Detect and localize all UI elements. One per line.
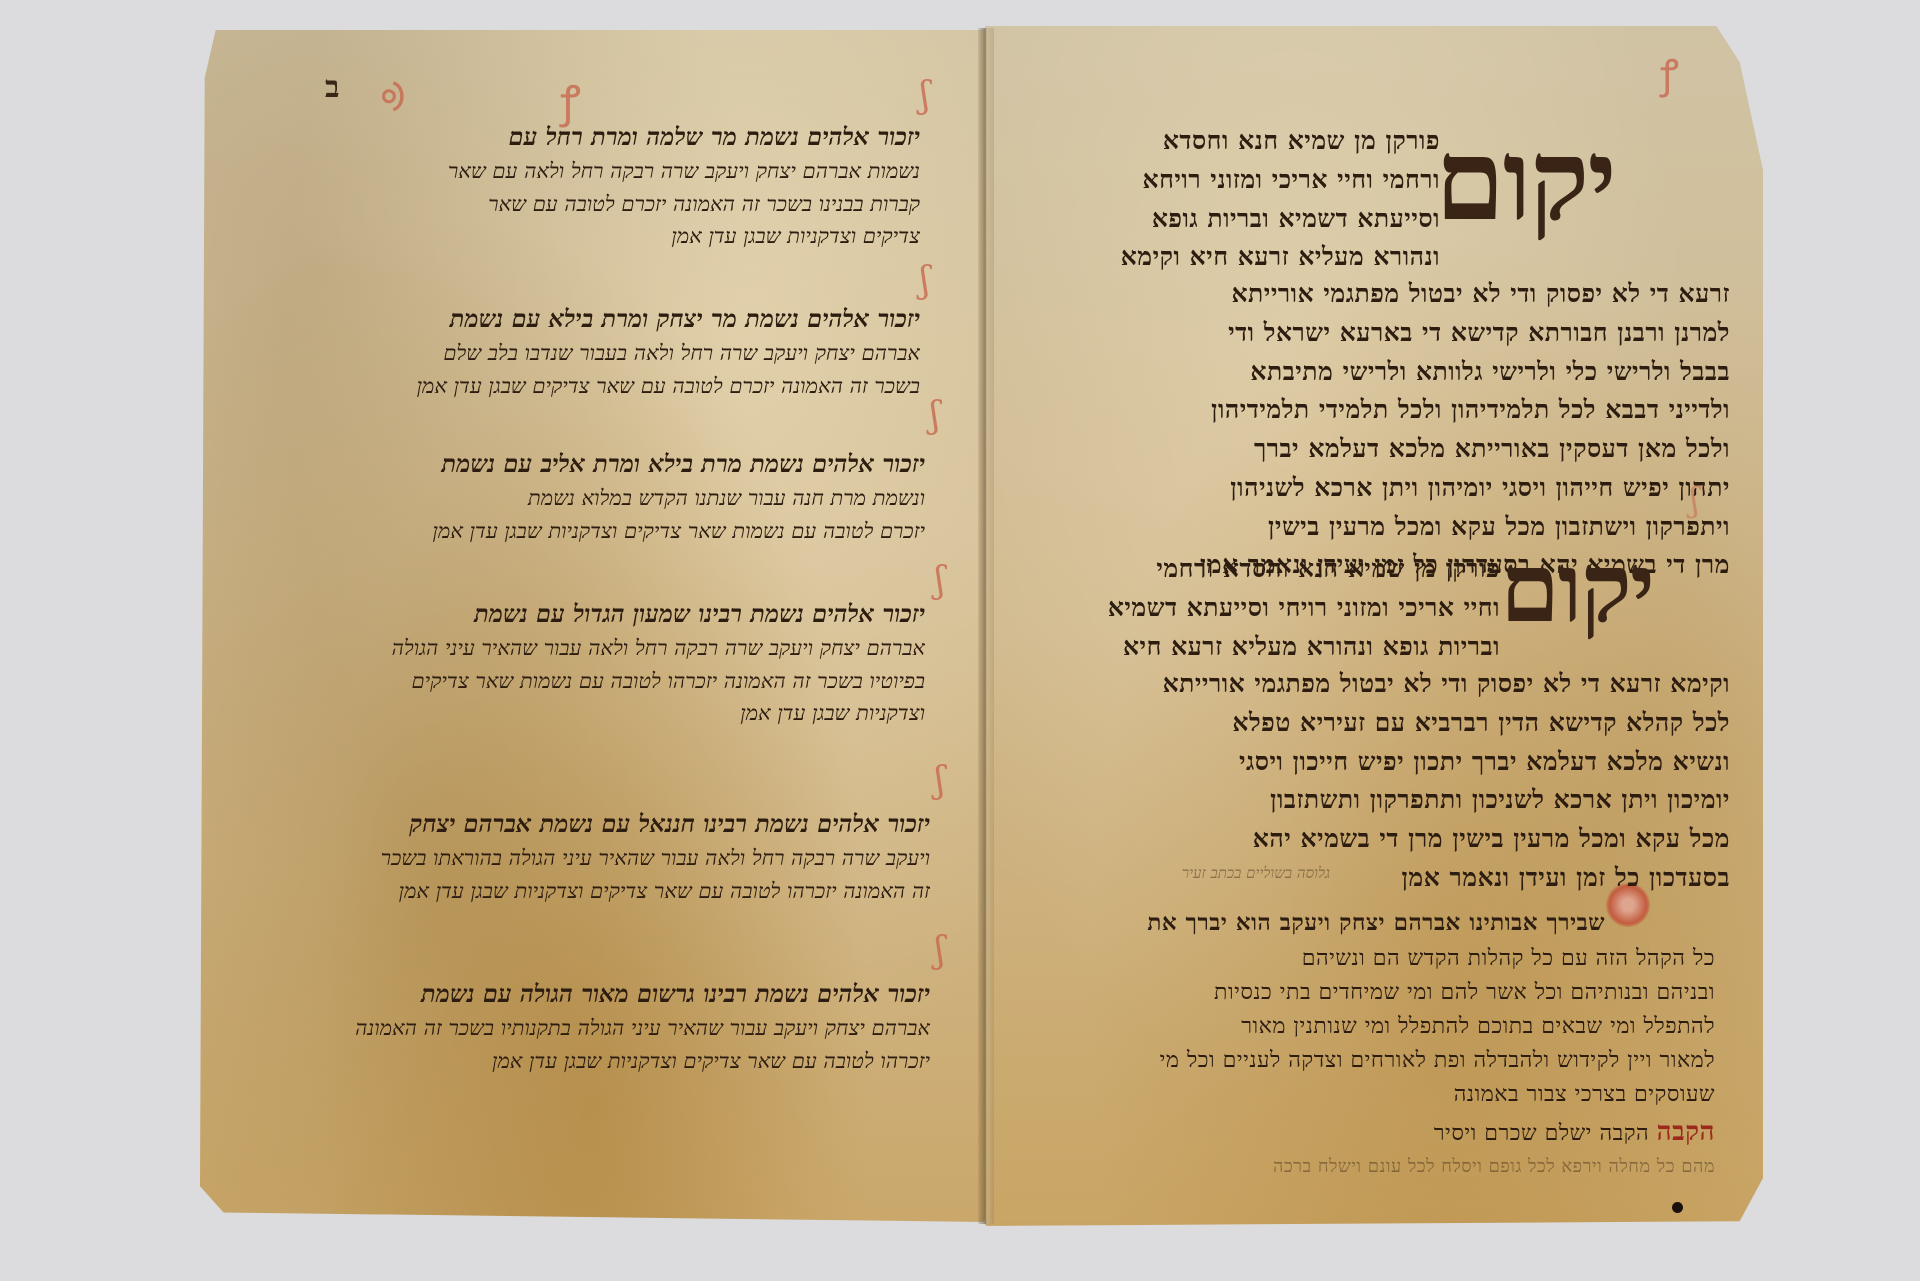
text-line: ורחמי וחיי אריכי ומזוני רויחא [1060,161,1440,200]
text-line: זרעא די לא יפסוק ודי לא יבטול מפתגמי אור… [1060,275,1730,314]
text-line: אברהם יצחק ויעקב שרה רחל ולאה בעבור שנדב… [295,337,920,370]
text-line: ונשיא מלכא דעלמא יברך יתכון יפיש חייכון … [1060,743,1730,782]
text-line: קברות בבנינו בשכר זה האמונה יזכרם לטובה … [300,188,920,221]
ink-spot [1672,1202,1683,1213]
text-line: צדיקים וצדקניות שבגן עדן אמן [300,220,920,253]
text-line: יזכור אלהים נשמת מר יצחק ומרת בילא עם נש… [295,300,920,337]
text-line: וחיי אריכי ומזוני רויחי וסייעתא דשמיא [1060,589,1500,628]
text-line: זה האמונה יזכרהו לטובה עם שאר צדיקים וצד… [290,875,930,908]
text-line: יזכור אלהים נשמת מרת בילא ומרת אליב עם נ… [295,445,925,482]
text-line: אברהם יצחק ויעקב עבור שהאיר עיני הגולה ב… [290,1012,930,1045]
red-flourish-icon: ꝭ [1660,45,1679,100]
text-line: בבבל ולרישי כלי ולרישי גלוותא ולרישי מתי… [1060,353,1730,392]
initial-word-yekum-1: יקום [1435,125,1615,237]
marginal-gloss: גלוסה בשוליים בכתב זעיר [1030,862,1330,885]
margin-flourish-icon: ʃ [935,930,945,971]
text-line: יזכרם לטובה עם נשמות שאר צדיקים וצדקניות… [295,515,925,548]
rubric-word-hakadosh-baruch-hu: הקבה [1657,1117,1715,1147]
text-line: ובניהם ובנותיהם וכל אשר להם ומי שמיחדים … [1045,976,1715,1010]
margin-flourish-icon: ʃ [935,760,945,801]
text-line: הקבה הקבה ישלם שכרם ויסיר [1045,1112,1715,1152]
text-line: יזכור אלהים נשמת רבינו גרשום מאור הגולה … [290,975,930,1012]
text-line: וצדקניות שבגן עדן אמן [295,697,925,730]
text-line: ויעקב שרה רבקה רחל ולאה עבור שהאיר עיני … [290,842,930,875]
text-line: שעוסקים בצרכי צבור באמונה [1045,1078,1715,1112]
text-line: נשמות אברהם יצחק ויעקב שרה רבקה רחל ולאה… [300,155,920,188]
text-line: ולדייני דבבא לכל תלמידיהון ולכל תלמידי ת… [1060,391,1730,430]
manuscript-spine-gutter [978,28,994,1224]
text-line: ונהורא מעליא זרעא חיא וקימא [1060,238,1440,277]
initial-word-yekum-2: יקום [1500,540,1653,636]
yizkor-block-4: יזכור אלהים נשמת רבינו שמעון הגדול עם נש… [295,595,925,730]
yekum-purkan-2-opening: פורקן מן שמיא חנא וחסדא ורחמי וחיי אריכי… [1060,550,1500,666]
text-line: לכל קהלא קדישא הדין רברביא עם זעיריא טפל… [1060,704,1730,743]
text-line: יזכור אלהים נשמת רבינו שמעון הגדול עם נש… [295,595,925,632]
text-fragment: שעוסקים בצרכי צבור באמונה [1454,1082,1715,1107]
text-fragment: הקבה ישלם שכרם ויסיר [1434,1121,1649,1146]
mi-sheberach-body: כל הקהל הזה עם כל קהלות הקדש הם ונשיהם ו… [1045,942,1715,1181]
text-line: אברהם יצחק ויעקב שרה רבקה רחל ולאה עבור … [295,632,925,665]
text-line: יתהון יפיש חייהון ויסגי יומיהון ויתן ארכ… [1060,469,1730,508]
text-line: יזכור אלהים נשמת רבינו חננאל עם נשמת אבר… [290,805,930,842]
text-line: בשכר זה האמונה יזכרם לטובה עם שאר צדיקים… [295,370,920,403]
margin-flourish-icon: ʃ [920,75,930,116]
margin-flourish-icon: ʃ [930,395,940,436]
text-line: פורקן מן שמיא חנא וחסדא ורחמי [1060,550,1500,589]
text-line: יומיכון ויתן ארכא לשניכון ותתפרקון ותשתז… [1060,781,1730,820]
text-line: וסייעתא דשמיא ובריות גופא [1060,200,1440,239]
text-line: וקימא זרעא די לא יפסוק ודי לא יבטול מפתג… [1060,665,1730,704]
yizkor-block-5: יזכור אלהים נשמת רבינו חננאל עם נשמת אבר… [290,805,930,907]
margin-flourish-icon: ʃ [935,560,945,601]
yizkor-block-6: יזכור אלהים נשמת רבינו גרשום מאור הגולה … [290,975,930,1077]
text-line: ובריות גופא ונהורא מעליא זרעא חיא [1060,628,1500,667]
margin-flourish-icon: ʃ [920,260,930,301]
yekum-purkan-1-opening: פורקן מן שמיא חנא וחסדא ורחמי וחיי אריכי… [1060,122,1440,277]
yizkor-block-3: יזכור אלהים נשמת מרת בילא ומרת אליב עם נ… [295,445,925,547]
text-line: ונשמת מרת חנה עבור שנתנו הקדש במלוא נשמת [295,482,925,515]
red-flourish-icon: ᢀ [380,50,406,127]
text-line: ולכל מאן דעסקין באורייתא מלכא דעלמא יברך [1060,430,1730,469]
yizkor-block-1: יזכור אלהים נשמת מר שלמה ומרת רחל עם נשמ… [300,118,920,253]
text-line: שבירך אבותינו אברהם יצחק ויעקב הוא יברך … [1045,905,1605,941]
text-line: למאור ויין לקידוש ולהבדלה ופת לאורחים וצ… [1045,1044,1715,1078]
text-line: כל הקהל הזה עם כל קהלות הקדש הם ונשיהם [1045,942,1715,976]
yizkor-block-2: יזכור אלהים נשמת מר יצחק ומרת בילא עם נש… [295,300,920,402]
text-line: מכל עקא ומכל מרעין בישין מרן די בשמיא יה… [1060,820,1730,859]
text-line: למרנן ורבנן חבורתא קדישא די בארעא ישראל … [1060,314,1730,353]
text-line: פורקן מן שמיא חנא וחסדא [1060,122,1440,161]
text-line: להתפלל ומי שבאים בתוכם להתפלל ומי שנותני… [1045,1010,1715,1044]
page-number: ב [325,70,339,105]
text-line: יזכרהו לטובה עם שאר צדיקים וצדקניות שבגן… [290,1045,930,1078]
text-line: מהם כל מחלה וירפא לכל גופם ויסלח לכל עונ… [1045,1153,1715,1181]
text-line: יזכור אלהים נשמת מר שלמה ומרת רחל עם [300,118,920,155]
mi-sheberach-opening: שבירך אבותינו אברהם יצחק ויעקב הוא יברך … [1045,905,1605,941]
text-line: בפיוטיו בשכר זה האמונה יזכרהו לטובה עם נ… [295,665,925,698]
